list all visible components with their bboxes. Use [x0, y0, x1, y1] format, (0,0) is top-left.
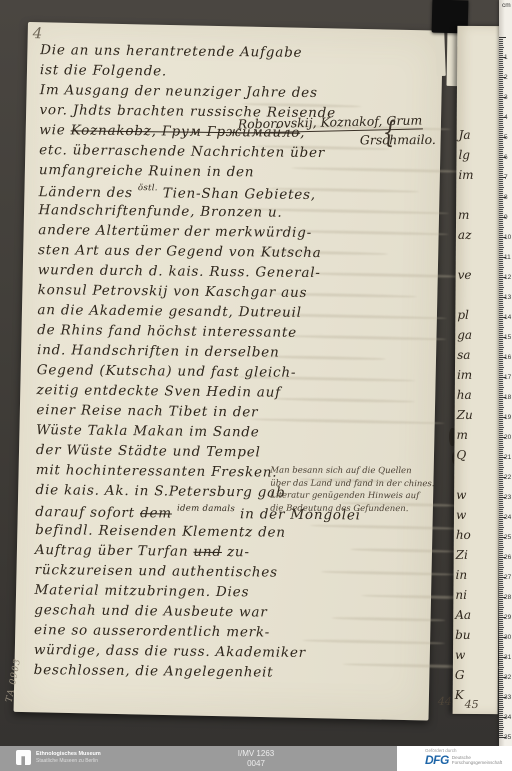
manuscript-page: 4 Die an uns herantretende Aufgabeist di… — [14, 22, 443, 721]
ruler-number: 29 — [504, 614, 512, 621]
neighbor-text-fragment: Zu — [457, 408, 473, 422]
neighbor-text-fragment: im — [457, 368, 472, 382]
manuscript-line: beschlossen, die Angelegenheit — [34, 662, 379, 686]
ruler-number: 14 — [504, 314, 512, 321]
insertion-correction: Roborovskij, Koznakof, Grum { Grschmailo… — [238, 114, 436, 148]
ruler-number: 10 — [504, 234, 512, 241]
ruler-number: 7 — [504, 174, 512, 181]
neighbor-text-fragment: K — [455, 688, 464, 702]
neighbor-text-fragment: w — [455, 648, 465, 662]
neighbor-text-fragment: Q — [456, 448, 466, 462]
ruler-unit-label: cm — [502, 2, 511, 9]
neighbor-text-fragment: Aa — [455, 608, 471, 622]
ruler-number: 27 — [504, 574, 512, 581]
neighbor-text-fragment: ni — [455, 588, 467, 602]
ruler-number: 35 — [504, 734, 512, 741]
neighbor-text-fragment: bu — [455, 628, 471, 642]
neighbor-text-fragment: in — [456, 568, 468, 582]
margin-note-line: über das Land und fand in der chines. — [270, 477, 432, 490]
bleedthrough-layer — [28, 22, 443, 31]
margin-note: Man besann sich auf die Quellen über das… — [270, 465, 432, 516]
ruler-cm-ticks — [499, 37, 506, 738]
dfg-name-line2: Forschungsgemeinschaft — [452, 760, 502, 766]
ruler-number: 25 — [504, 534, 512, 541]
ruler-number: 3 — [504, 94, 512, 101]
ruler-number: 33 — [504, 694, 512, 701]
page-number-45: 45 — [465, 698, 479, 711]
ruler-number: 34 — [504, 714, 512, 721]
neighbor-text-fragment: ve — [458, 268, 472, 282]
ruler-number: 24 — [504, 514, 512, 521]
ruler-number: 31 — [504, 654, 512, 661]
ruler-number: 5 — [504, 134, 512, 141]
manuscript-sup-segment: idem damals — [177, 504, 235, 515]
neighbor-text-fragment: m — [458, 208, 469, 222]
ruler-number: 13 — [504, 294, 512, 301]
neighbor-text-fragment: G — [455, 668, 465, 682]
ruler-number: 21 — [504, 454, 512, 461]
ruler-number: 26 — [504, 554, 512, 561]
ruler-number: 30 — [504, 634, 512, 641]
neighbor-text-fragment: pl — [457, 308, 469, 322]
cm-ruler: cm 1234567891011121314151617181920212223… — [499, 0, 512, 746]
scanned-page-viewer: 4 Die an uns herantretende Aufgabeist di… — [0, 0, 512, 771]
manuscript-strike-segment: und — [193, 544, 222, 560]
ruler-number: 11 — [504, 254, 512, 261]
ruler-number: 20 — [504, 434, 512, 441]
insertion-line2: Grschmailo. — [360, 132, 436, 147]
neighbor-text-fragment: ga — [457, 328, 472, 342]
dfg-logo: DFG Deutsche Forschungsgemeinschaft — [425, 753, 502, 767]
folio-number: 4 — [33, 24, 43, 42]
ruler-number: 6 — [504, 154, 512, 161]
manuscript-strike-segment: dem — [140, 505, 172, 521]
ruler-number: 23 — [504, 494, 512, 501]
ruler-number: 2 — [504, 74, 512, 81]
ruler-number: 1 — [504, 54, 512, 61]
dfg-full-name: Deutsche Forschungsgemeinschaft — [452, 755, 502, 766]
margin-note-line: Man besann sich auf die Quellen — [270, 465, 432, 478]
ruler-number: 18 — [504, 394, 512, 401]
page-number-44: 44 — [438, 695, 452, 708]
page-edge-tab — [435, 30, 446, 76]
ruler-number: 28 — [504, 594, 512, 601]
ruler-number: 8 — [504, 194, 512, 201]
neighbor-text-fragment: az — [458, 228, 472, 242]
neighbor-text-fragment: Ja — [459, 128, 471, 142]
neighbor-text-fragment: ha — [457, 388, 472, 402]
ruler-number: 9 — [504, 214, 512, 221]
ruler-number: 12 — [504, 274, 512, 281]
margin-note-line: Literatur genügenden Hinweis auf — [270, 490, 432, 503]
neighbor-text-fragment: w — [456, 508, 466, 522]
ruler-number: 17 — [504, 374, 512, 381]
footer-bar: Ethnologisches Museum Staatliche Museen … — [0, 746, 512, 771]
ruler-number: 15 — [504, 334, 512, 341]
funder-panel: Gefördert durch DFG Deutsche Forschungsg… — [397, 746, 512, 771]
next-page-strip: JalgimmazveplgasaimhaZumQwwhoZiinniAabuw… — [453, 26, 503, 714]
ruler-number: 16 — [504, 354, 512, 361]
manuscript-sup-segment: östl. — [138, 183, 158, 193]
neighbor-text-fragment: w — [456, 488, 466, 502]
ruler-number: 4 — [504, 114, 512, 121]
neighbor-text-fragment: lg — [458, 148, 470, 162]
neighbor-text-fragment: m — [456, 428, 467, 442]
ruler-number: 22 — [504, 474, 512, 481]
neighbor-text-fragment: Zi — [456, 548, 468, 562]
margin-note-line: die Bedeutung des Gefundenen. — [270, 502, 432, 515]
neighbor-text-fragment: im — [458, 168, 473, 182]
archive-pencil-note: TA 0903 — [5, 642, 26, 703]
dfg-acronym: DFG — [425, 753, 449, 767]
ruler-number: 19 — [504, 414, 512, 421]
ruler-number: 32 — [504, 674, 512, 681]
neighbor-text-fragment: ho — [456, 528, 471, 542]
neighbor-text-fragment: sa — [457, 348, 470, 362]
insertion-brace: { — [383, 115, 397, 150]
